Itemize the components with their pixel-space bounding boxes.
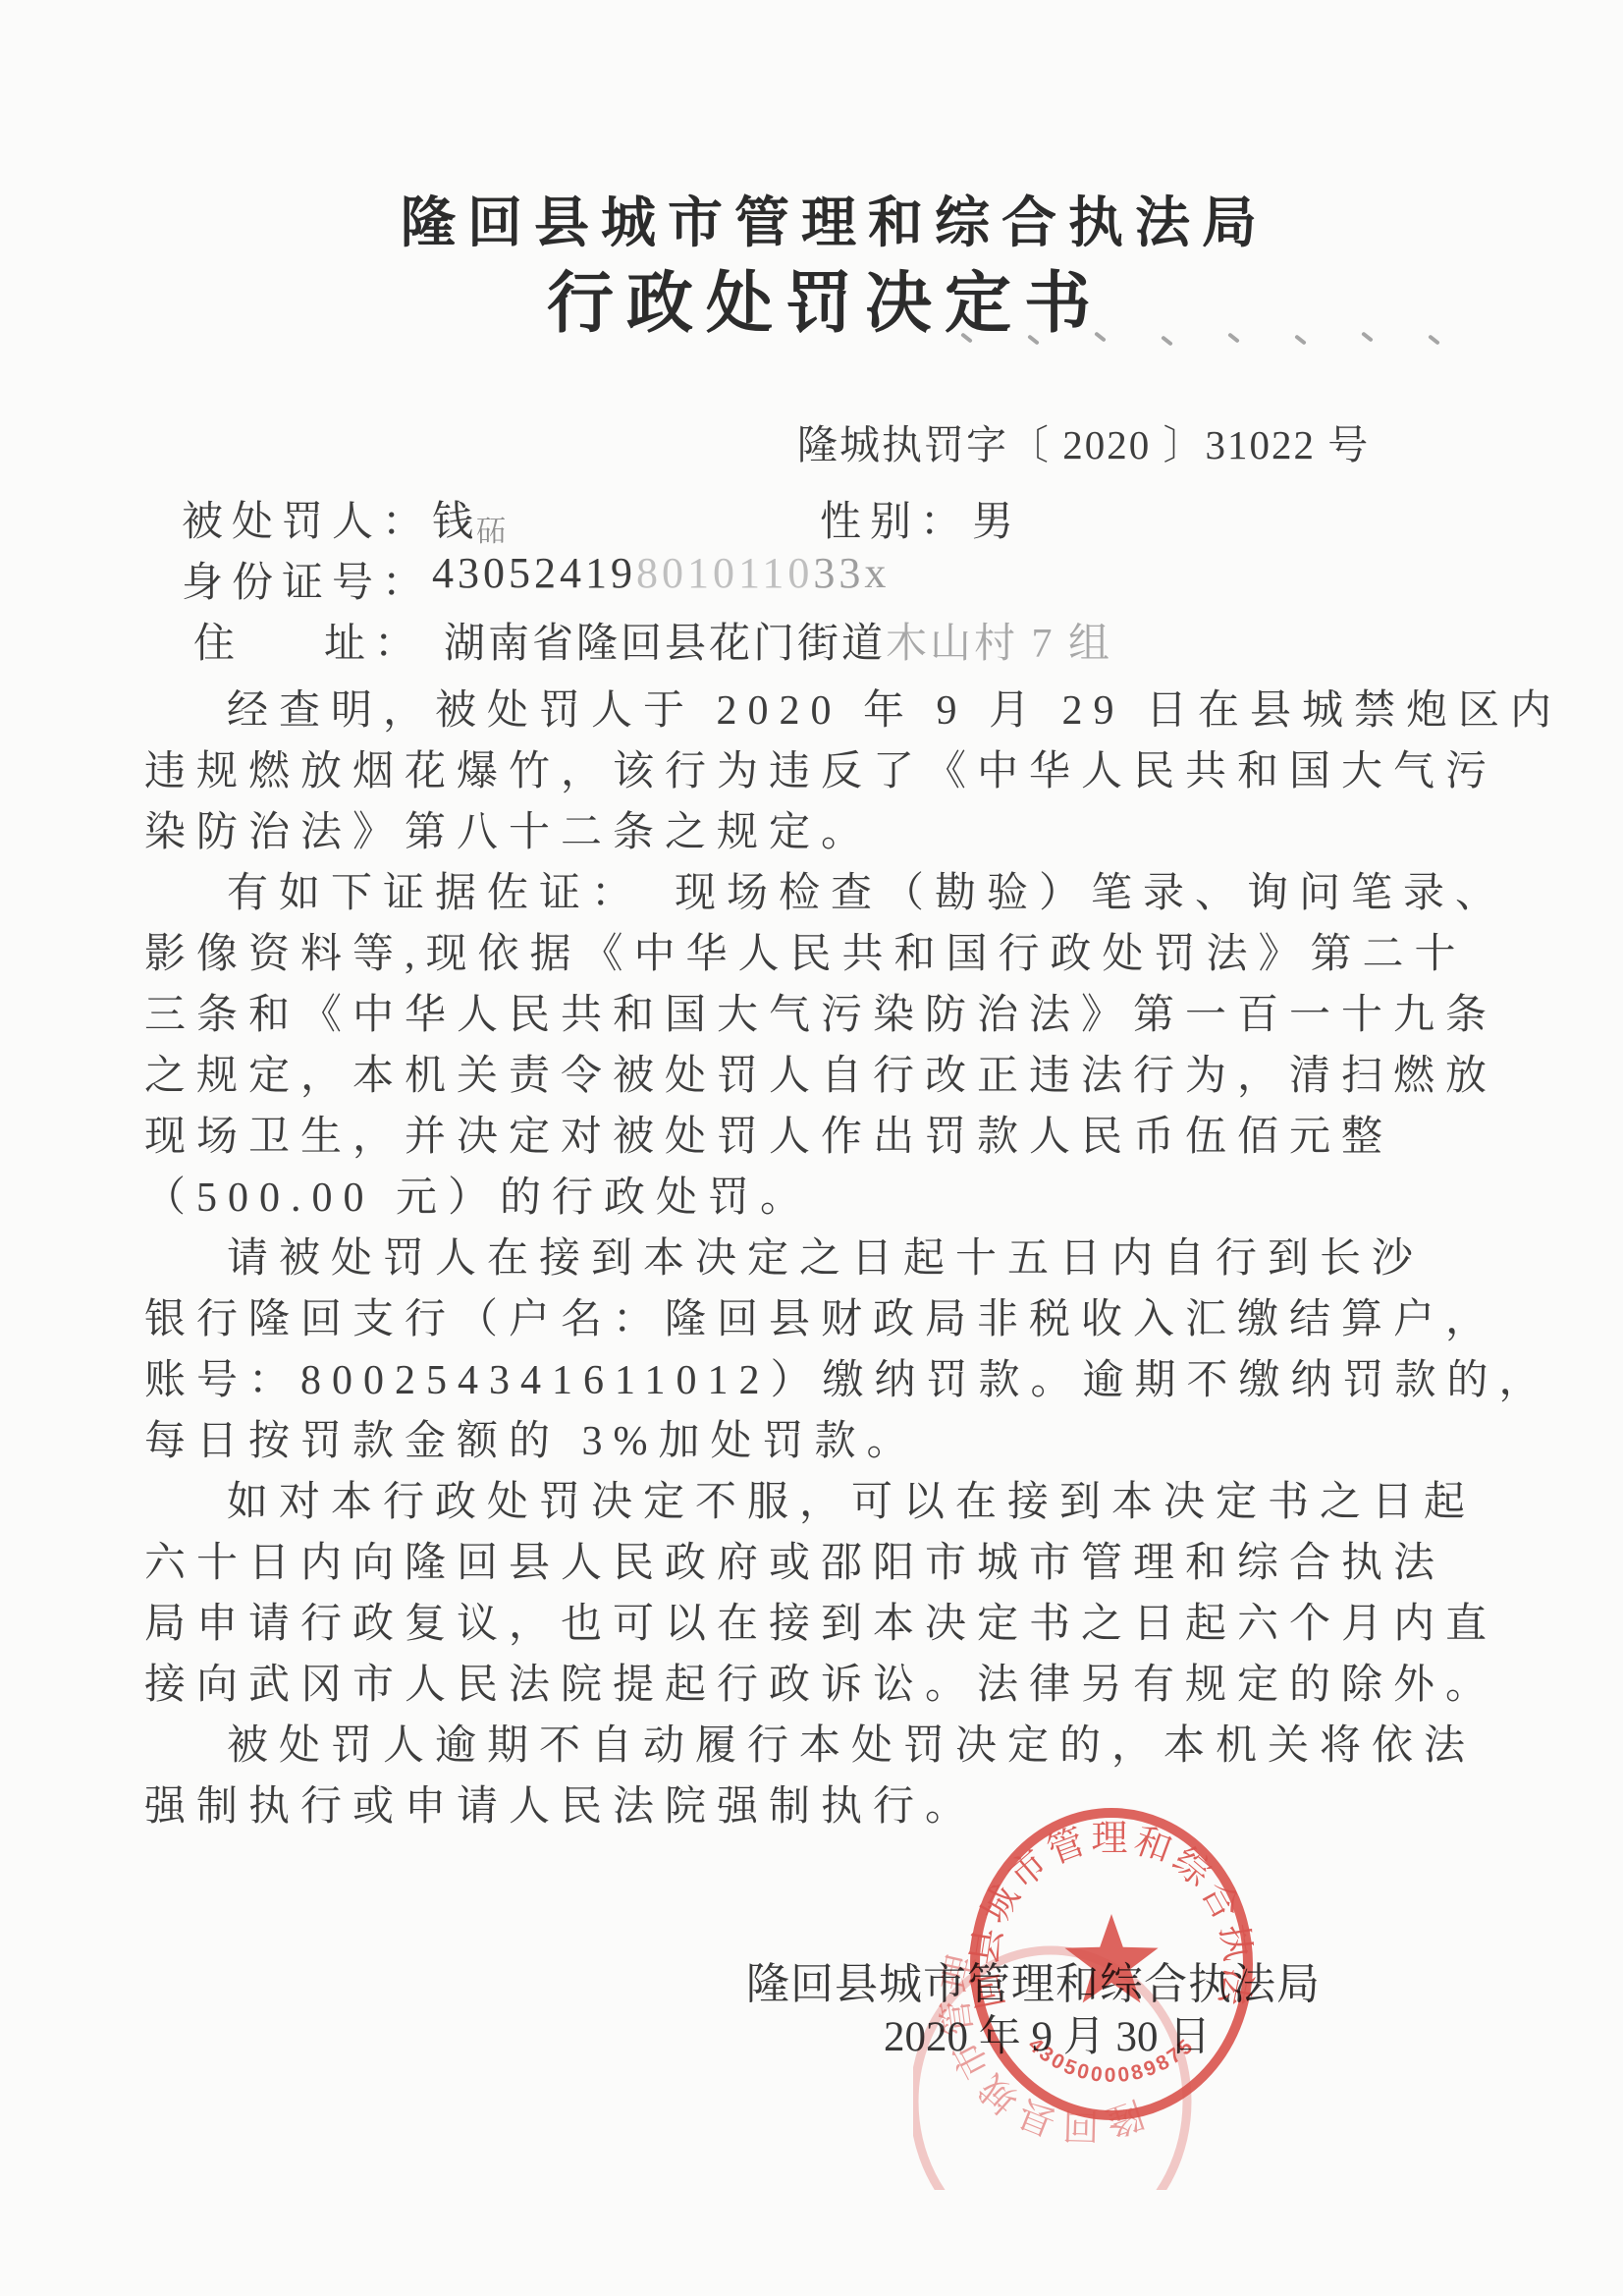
body-line: 局申请行政复议，也可以在接到本决定书之日起六个月内直 [144, 1591, 1491, 1650]
recipient-label: 被处罚人： [182, 489, 432, 548]
body-line: 现场卫生，并决定对被处罚人作出罚款人民币伍佰元整 [144, 1104, 1491, 1163]
recipient-name: 钱砳 [432, 489, 506, 548]
body-line: 银行隆回支行（户名：隆回县财政局非税收入汇缴结算户， [144, 1286, 1491, 1345]
address-value: 湖南省隆回县花门街道木山村 7 组 [444, 611, 1112, 670]
agency-title: 隆回县城市管理和综合执法局 [401, 192, 1269, 253]
document-page: 隆回县城市管理和综合执法局 行政处罚决定书 隆城执罚字〔 2020 〕31022… [0, 0, 1623, 2296]
body-line: 经查明，被处罚人于 2020 年 9 月 29 日在县城禁炮区内 [227, 678, 1491, 737]
body-line: 请被处罚人在接到本决定之日起十五日内自行到长沙 [227, 1226, 1491, 1285]
noise-speck [1161, 335, 1173, 346]
body-line: 六十日内向隆回县人民政府或邵阳市城市管理和综合执法 [144, 1530, 1491, 1589]
body-line: 每日按罚款金额的 3%加处罚款。 [144, 1408, 1491, 1467]
id-label: 身份证号： [182, 550, 432, 609]
doc-number: 隆城执罚字〔 2020 〕31022 号 [797, 412, 1370, 470]
body-line: 影像资料等,现依据《中华人民共和国行政处罚法》第二十 [144, 921, 1491, 980]
body-line: 如对本行政处罚决定不服，可以在接到本决定书之日起 [227, 1469, 1491, 1528]
id-value: 43052419801011033x [432, 548, 890, 598]
noise-speck [1294, 334, 1307, 345]
document-title: 行政处罚决定书 [547, 267, 1104, 341]
noise-speck [1361, 331, 1374, 342]
official-seal: 隆回县城市管理 隆回县城市管理和综合执法局 4305000089875 [913, 1777, 1306, 2190]
recipient-name-faded: 砳 [476, 516, 506, 548]
body-line: 有如下证据佐证： 现场检查（勘验）笔录、询问笔录、 [227, 860, 1491, 919]
address-label-second: 址： [324, 611, 424, 670]
body-line: 之规定，本机关责令被处罚人自行改正违法行为，清扫燃放 [144, 1043, 1491, 1102]
body-line: 账号：800254341611012）缴纳罚款。逾期不缴纳罚款的， [144, 1347, 1491, 1406]
gender-value: 男 [972, 489, 1016, 548]
body-line: 接向武冈市人民法院提起行政诉讼。法律另有规定的除外。 [144, 1652, 1491, 1711]
body-line: 被处罚人逾期不自动履行本处罚决定的，本机关将依法 [227, 1713, 1491, 1772]
body-line: 染防治法》第八十二条之规定。 [144, 799, 1491, 858]
body-line: （500.00 元）的行政处罚。 [144, 1165, 1491, 1224]
noise-speck [1428, 334, 1440, 345]
body-line: 三条和《中华人民共和国大气污染防治法》第一百一十九条 [144, 982, 1491, 1041]
gender-label: 性别： [820, 489, 970, 548]
noise-speck [1227, 332, 1240, 343]
body-line: 违规燃放烟花爆竹，该行为违反了《中华人民共和国大气污 [144, 738, 1491, 797]
address-label-first: 住 [193, 611, 238, 670]
